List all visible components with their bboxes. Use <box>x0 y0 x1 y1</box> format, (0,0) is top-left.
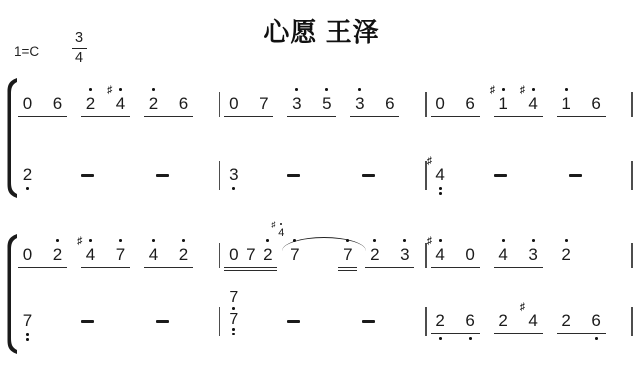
octave-dot-above <box>182 239 185 242</box>
octave-dot-above <box>119 88 122 91</box>
note: 6 <box>591 94 602 114</box>
note-group <box>51 165 112 179</box>
note-number: 6 <box>385 94 394 113</box>
octave-dot-below <box>26 333 29 336</box>
note-number: 0 <box>229 245 238 264</box>
score-area: 062♯42607353606♯1♯41623♯402♯4742♯4072772… <box>0 0 643 368</box>
note-group: 23 <box>365 245 414 268</box>
measure: 77 <box>220 311 425 349</box>
note: ♯4 <box>435 245 446 265</box>
note-group: 26 <box>557 311 606 334</box>
note-number: 1 <box>561 94 570 113</box>
note-group: 02 <box>18 245 67 268</box>
note: 6 <box>384 94 395 114</box>
note-number: 1 <box>498 94 507 113</box>
note-group: 43 <box>494 245 543 268</box>
sharp-icon: ♯ <box>271 221 275 229</box>
measure: ♯40432 <box>427 245 632 268</box>
note-number: 6 <box>465 94 474 113</box>
note: 7 <box>115 245 126 265</box>
note-number: 7 <box>23 311 32 330</box>
note: 3 <box>228 165 239 185</box>
note-group: 2♯4 <box>81 94 130 117</box>
measure: ♯4 <box>427 165 632 187</box>
rest-dash <box>287 174 300 177</box>
note-number: 2 <box>53 245 62 264</box>
note: 4 <box>498 245 509 265</box>
note-group: ♯1♯4 <box>494 94 543 117</box>
note-group <box>257 165 318 179</box>
note-group: ♯4072 <box>224 245 277 268</box>
note-group: 7 <box>285 245 304 267</box>
note: 2 <box>148 94 159 114</box>
note: ♯4 <box>435 165 446 185</box>
note-group: 7 <box>338 245 357 268</box>
rest-dash <box>494 174 507 177</box>
note: 6 <box>178 94 189 114</box>
note: 2 <box>435 311 446 331</box>
note-number: 6 <box>591 94 600 113</box>
measure: 7 <box>14 311 219 333</box>
note-number: 4 <box>528 94 537 113</box>
note-number: 4 <box>528 311 537 330</box>
note-number: 4 <box>435 245 444 264</box>
note: 3 <box>291 94 302 114</box>
sharp-icon: ♯ <box>490 85 495 96</box>
note: 7 <box>228 313 239 327</box>
staff-line-melody: 062♯42607353606♯1♯416 <box>14 94 633 117</box>
note-number: 2 <box>263 245 272 264</box>
note: 7 <box>228 291 239 305</box>
note: 7 <box>258 94 269 114</box>
measure: ♯40727723 <box>220 245 425 268</box>
note: 0 <box>465 245 476 265</box>
barline <box>631 243 633 268</box>
note-group: 06 <box>18 94 67 117</box>
octave-dot-above <box>532 88 535 91</box>
octave-dot-above <box>403 239 406 242</box>
barline <box>631 307 633 336</box>
octave-dot-below <box>439 337 442 340</box>
note-group: 26 <box>431 311 480 334</box>
octave-dot-below <box>439 187 442 190</box>
note: 0 <box>435 94 446 114</box>
octave-dot-below <box>232 307 235 310</box>
note-group: 26 <box>144 94 193 117</box>
staff-line-melody: 02♯4742♯40727723♯40432 <box>14 245 633 268</box>
octave-dot-below <box>595 337 598 340</box>
octave-dot-below <box>232 328 235 331</box>
note-number: 3 <box>292 94 301 113</box>
measure: 073536 <box>220 94 425 117</box>
note: 7 <box>342 245 353 265</box>
sharp-icon: ♯ <box>520 85 525 96</box>
rest-dash <box>362 174 375 177</box>
rest-dash <box>156 174 169 177</box>
barline <box>631 161 633 190</box>
octave-dot-above <box>502 239 505 242</box>
note: 6 <box>465 311 476 331</box>
note-group <box>126 311 187 325</box>
note-number: 7 <box>116 245 125 264</box>
octave-dot-above <box>325 88 328 91</box>
note-number: 6 <box>179 94 188 113</box>
sharp-icon: ♯ <box>520 302 525 313</box>
note-number: 6 <box>591 311 600 330</box>
note: 5 <box>321 94 332 114</box>
rest-dash <box>362 320 375 323</box>
note-number: 6 <box>53 94 62 113</box>
note: 0 <box>22 94 33 114</box>
octave-dot-above <box>152 88 155 91</box>
note-number: 7 <box>229 311 238 328</box>
note-number: 2 <box>561 311 570 330</box>
note: 4 <box>148 245 159 265</box>
note-number: 2 <box>370 245 379 264</box>
measure: 02♯4742 <box>14 245 219 268</box>
rest-dash <box>569 174 582 177</box>
note: ♯4 <box>115 94 126 114</box>
octave-dot-above <box>358 88 361 91</box>
measure: 3 <box>220 165 425 187</box>
octave-dot-below <box>232 333 235 336</box>
note-number: 2 <box>435 311 444 330</box>
octave-dot-above <box>565 239 568 242</box>
note-number: 2 <box>179 245 188 264</box>
octave-dot-above <box>295 88 298 91</box>
note-number: 5 <box>322 94 331 113</box>
note-number: 3 <box>229 165 238 184</box>
note-group: 16 <box>557 94 606 117</box>
note-number: 2 <box>23 165 32 184</box>
octave-dot-above <box>565 88 568 91</box>
note-group <box>539 165 600 179</box>
octave-dot-above <box>373 239 376 242</box>
note-number: 2 <box>149 94 158 113</box>
note: ♯4 <box>277 227 285 239</box>
note-group: 77 <box>224 311 243 349</box>
note-group: ♯4 <box>431 165 450 187</box>
note: 6 <box>591 311 602 331</box>
note-number: 7 <box>229 289 238 306</box>
sharp-icon: ♯ <box>77 236 82 247</box>
note: 2 <box>369 245 380 265</box>
note-number: 7 <box>259 94 268 113</box>
note-group <box>257 311 318 325</box>
octave-dot-above <box>89 88 92 91</box>
octave-dot-above <box>119 239 122 242</box>
octave-dot-above <box>266 239 269 242</box>
note-number: 4 <box>498 245 507 264</box>
note: ♯4 <box>528 94 539 114</box>
note: 6 <box>52 94 63 114</box>
note-number: 3 <box>355 94 364 113</box>
sharp-icon: ♯ <box>427 156 432 167</box>
note: 2 <box>178 245 189 265</box>
note: ♯1 <box>498 94 509 114</box>
rest-dash <box>81 174 94 177</box>
rest-dash <box>156 320 169 323</box>
note-group: 06 <box>431 94 480 117</box>
note-number: 7 <box>290 245 299 264</box>
note-group <box>332 165 393 179</box>
octave-dot-above <box>89 239 92 242</box>
note-group: 2 <box>557 245 576 267</box>
octave-dot-above <box>56 239 59 242</box>
grace-note: ♯4 <box>277 223 285 241</box>
octave-dot-above <box>532 239 535 242</box>
note-group: ♯47 <box>81 245 130 268</box>
note-number: 7 <box>343 245 352 264</box>
octave-dot-above <box>439 239 442 242</box>
note: 0 <box>22 245 33 265</box>
measure: 2 <box>14 165 219 187</box>
note: 6 <box>465 94 476 114</box>
note-number: 4 <box>149 245 158 264</box>
note: 3 <box>399 245 410 265</box>
sharp-icon: ♯ <box>107 85 112 96</box>
staff-line-bass: 777262♯426 <box>14 311 633 349</box>
note-number: 2 <box>86 94 95 113</box>
note: 7 <box>22 311 33 331</box>
octave-dot-above <box>502 88 505 91</box>
octave-dot-below <box>26 338 29 341</box>
note-number: 7 <box>246 245 255 264</box>
note-group <box>51 311 112 325</box>
note-group <box>464 165 525 179</box>
note-number: 3 <box>400 245 409 264</box>
note: 2 <box>561 311 572 331</box>
note-number: 4 <box>86 245 95 264</box>
note-group: 35 <box>287 94 336 117</box>
note: 2 <box>22 165 33 185</box>
barline <box>631 92 633 117</box>
note-number: 0 <box>465 245 474 264</box>
note: 7 <box>245 245 256 265</box>
chord-stack: 77 <box>228 291 239 327</box>
note-group: 42 <box>144 245 193 268</box>
note-number: 3 <box>528 245 537 264</box>
note: 2 <box>561 245 572 265</box>
note-group: 2 <box>18 165 37 187</box>
note-number: 6 <box>465 311 474 330</box>
note-group: ♯40 <box>431 245 480 268</box>
note: ♯4 <box>528 311 539 331</box>
note: 2 <box>262 245 273 265</box>
sharp-icon: ♯ <box>427 236 432 247</box>
note-number: 2 <box>498 311 507 330</box>
octave-dot-below <box>469 337 472 340</box>
note-number: 0 <box>23 245 32 264</box>
note: 1 <box>561 94 572 114</box>
octave-dot-above <box>152 239 155 242</box>
note: 3 <box>354 94 365 114</box>
octave-dot-above <box>280 223 282 225</box>
note-number: 4 <box>278 227 284 239</box>
note-group <box>332 311 393 325</box>
note-number: 4 <box>435 165 444 184</box>
note-group <box>126 165 187 179</box>
note: 2 <box>52 245 63 265</box>
note: 0 <box>228 245 239 265</box>
note: 0 <box>228 94 239 114</box>
note-group: 2♯4 <box>494 311 543 334</box>
rest-dash <box>287 320 300 323</box>
octave-dot-below <box>26 187 29 190</box>
note: 3 <box>528 245 539 265</box>
note-number: 0 <box>435 94 444 113</box>
note: 7 <box>289 245 300 265</box>
note: ♯4 <box>85 245 96 265</box>
measure: 062♯426 <box>14 94 219 117</box>
measure: 262♯426 <box>427 311 632 334</box>
note-number: 2 <box>561 245 570 264</box>
note-number: 0 <box>23 94 32 113</box>
rest-dash <box>81 320 94 323</box>
note-group: 07 <box>224 94 273 117</box>
note: 2 <box>498 311 509 331</box>
octave-dot-below <box>232 187 235 190</box>
note: 2 <box>85 94 96 114</box>
note-group: 36 <box>350 94 399 117</box>
note-number: 4 <box>116 94 125 113</box>
octave-dot-below <box>439 192 442 195</box>
measure: 06♯1♯416 <box>427 94 632 117</box>
staff-line-bass: 23♯4 <box>14 165 633 190</box>
note-group: 7 <box>18 311 37 333</box>
note-number: 0 <box>229 94 238 113</box>
note-group: 3 <box>224 165 243 187</box>
